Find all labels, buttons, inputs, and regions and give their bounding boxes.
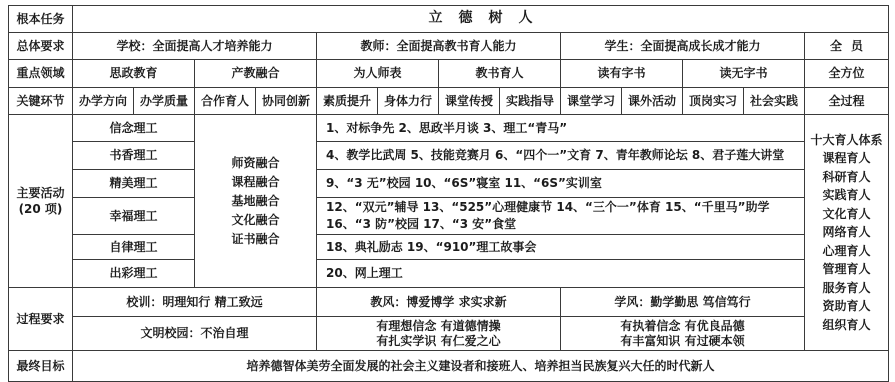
education-system-list: 十大育人体系 课程育人 科研育人 实践育人 文化育人 网络育人 心理育人 管理育…	[805, 115, 889, 351]
activity-row: 9、“3 无”校园 10、“6S”寝室 11、“6S”实训室	[317, 170, 805, 198]
key-links-label: 关键环节	[9, 88, 73, 115]
row-process-1: 过程要求 校训：明理知行 精工致远 教风：博爱博学 求实求新 学风：勤学勤思 笃…	[9, 288, 889, 317]
key-link-item: 课外活动	[622, 88, 683, 115]
process-campus: 文明校园：不治自理	[73, 317, 317, 351]
overall-scope: 全员	[805, 33, 889, 60]
activity-row: 12、“双元”辅导 13、“525”心理健康节 14、“三个一”体育 15、“千…	[317, 198, 805, 235]
plan-table: 根本任务 立德树人 总体要求 学校：全面提高人才培养能力 教师：全面提高教书育人…	[8, 5, 889, 373]
row-activities-3: 精美理工 9、“3 无”校园 10、“6S”寝室 11、“6S”实训室	[9, 170, 889, 198]
key-link-item: 实践指导	[500, 88, 561, 115]
activity-theme: 书香理工	[73, 142, 195, 170]
activities-label-line2: (20 项)	[9, 201, 72, 217]
activity-row: 1、对标争先 2、思政半月谈 3、理工“青马”	[317, 115, 805, 142]
activity-theme: 自律理工	[73, 235, 195, 260]
key-link-item: 课堂学习	[561, 88, 622, 115]
row-activities-2: 书香理工 4、教学比武周 5、技能竞赛月 6、“四个一”文育 7、青年教师论坛 …	[9, 142, 889, 170]
activities-label-line1: 主要活动	[9, 185, 72, 201]
key-link-item: 顶岗实习	[683, 88, 744, 115]
row-final-goal: 最终目标 培养德智体美劳全面发展的社会主义建设者和接班人、培养担当民族复兴大任的…	[9, 351, 889, 374]
process-study-style: 学风：勤学勤思 笃信笃行	[561, 288, 805, 317]
final-goal-label: 最终目标	[9, 351, 73, 374]
process-motto: 校训：明理知行 精工致远	[73, 288, 317, 317]
activity-theme: 信念理工	[73, 115, 195, 142]
process-teacher-qualities: 有理想信念 有道德情操 有扎实学识 有仁爱之心	[317, 317, 561, 351]
key-area-item: 读有字书	[561, 60, 683, 88]
fundamental-task-value: 立德树人	[73, 6, 889, 33]
key-areas-label: 重点领域	[9, 60, 73, 88]
key-area-item: 教书育人	[439, 60, 561, 88]
fundamental-task-label: 根本任务	[9, 6, 73, 33]
key-area-item: 读无字书	[683, 60, 805, 88]
process-student-qualities: 有执着信念 有优良品德 有丰富知识 有过硬本领	[561, 317, 805, 351]
overall-school: 学校：全面提高人才培养能力	[73, 33, 317, 60]
row-activities-1: 主要活动 (20 项) 信念理工 师资融合 课程融合 基地融合 文化融合 证书融…	[9, 115, 889, 142]
activity-row: 4、教学比武周 5、技能竞赛月 6、“四个一”文育 7、青年教师论坛 8、君子莲…	[317, 142, 805, 170]
overall-label: 总体要求	[9, 33, 73, 60]
key-link-item: 素质提升	[317, 88, 378, 115]
row-fundamental-task: 根本任务 立德树人	[9, 6, 889, 33]
key-area-item: 产教融合	[195, 60, 317, 88]
row-activities-5: 自律理工 18、典礼励志 19、“910”理工故事会	[9, 235, 889, 260]
key-link-item: 社会实践	[744, 88, 805, 115]
process-label: 过程要求	[9, 288, 73, 351]
final-goal-value: 培养德智体美劳全面发展的社会主义建设者和接班人、培养担当民族复兴大任的时代新人	[73, 351, 889, 374]
key-link-item: 办学质量	[134, 88, 195, 115]
row-process-2: 文明校园：不治自理 有理想信念 有道德情操 有扎实学识 有仁爱之心 有执着信念 …	[9, 317, 889, 351]
activity-row: 18、典礼励志 19、“910”理工故事会	[317, 235, 805, 260]
activities-label: 主要活动 (20 项)	[9, 115, 73, 288]
key-area-item: 思政教育	[73, 60, 195, 88]
activity-row: 20、网上理工	[317, 260, 805, 288]
education-plan-table: 根本任务 立德树人 总体要求 学校：全面提高人才培养能力 教师：全面提高教书育人…	[8, 5, 889, 373]
key-link-item: 协同创新	[256, 88, 317, 115]
row-key-links: 关键环节 办学方向 办学质量 合作育人 协同创新 素质提升 身体力行 课堂传授 …	[9, 88, 889, 115]
key-link-item: 身体力行	[378, 88, 439, 115]
activity-theme: 出彩理工	[73, 260, 195, 288]
row-activities-6: 出彩理工 20、网上理工	[9, 260, 889, 288]
overall-teacher: 教师：全面提高教书育人能力	[317, 33, 561, 60]
key-link-item: 办学方向	[73, 88, 134, 115]
row-overall-requirements: 总体要求 学校：全面提高人才培养能力 教师：全面提高教书育人能力 学生：全面提高…	[9, 33, 889, 60]
fusion-list: 师资融合 课程融合 基地融合 文化融合 证书融合	[195, 115, 317, 288]
activity-theme: 幸福理工	[73, 198, 195, 235]
row-key-areas: 重点领域 思政教育 产教融合 为人师表 教书育人 读有字书 读无字书 全方位	[9, 60, 889, 88]
key-link-item: 合作育人	[195, 88, 256, 115]
key-area-item: 为人师表	[317, 60, 439, 88]
process-teaching-style: 教风：博爱博学 求实求新	[317, 288, 561, 317]
key-link-item: 课堂传授	[439, 88, 500, 115]
activity-theme: 精美理工	[73, 170, 195, 198]
key-links-scope: 全过程	[805, 88, 889, 115]
row-activities-4: 幸福理工 12、“双元”辅导 13、“525”心理健康节 14、“三个一”体育 …	[9, 198, 889, 235]
overall-student: 学生：全面提高成长成才能力	[561, 33, 805, 60]
key-areas-scope: 全方位	[805, 60, 889, 88]
